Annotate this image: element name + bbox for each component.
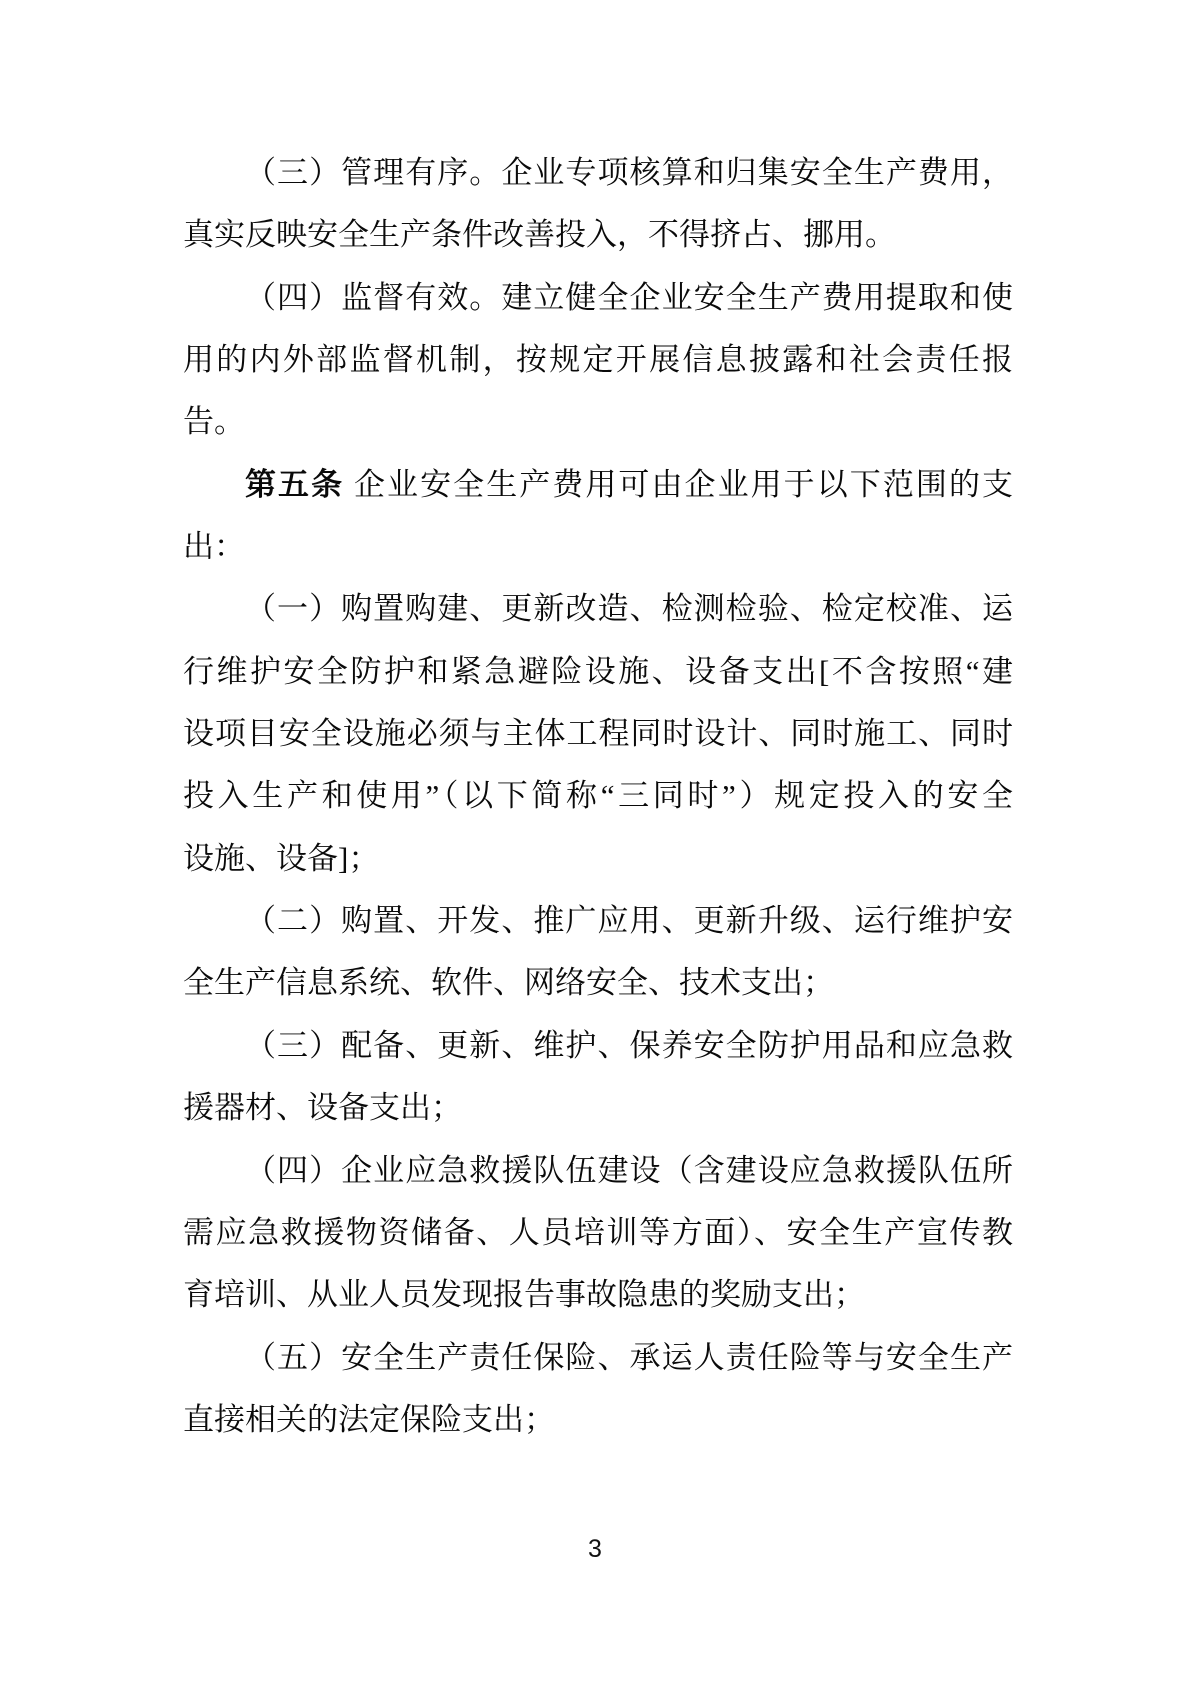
text-line: 育培训、从业人员发现报告事故隐患的奖励支出； (183, 1264, 1013, 1326)
line-text: 援器材、设备支出； (183, 1090, 462, 1125)
line-text: （一）购置购建、更新改造、检测检验、检定校准、运 (245, 591, 1013, 626)
text-line: 设施、设备]； (183, 828, 1013, 890)
line-text: 行维护安全防护和紧急避险设施、设备支出[不含按照“建 (183, 654, 1013, 689)
text-line: 真实反映安全生产条件改善投入，不得挤占、挪用。 (183, 204, 1013, 266)
document-body: （三）管理有序。企业专项核算和归集安全生产费用，真实反映安全生产条件改善投入，不… (183, 142, 1013, 1451)
text-line: 投入生产和使用”（以下简称“三同时”）规定投入的安全 (183, 765, 1013, 827)
text-line: （四）监督有效。建立健全企业安全生产费用提取和使 (183, 267, 1013, 329)
line-text: 真实反映安全生产条件改善投入，不得挤占、挪用。 (183, 217, 896, 252)
line-text: 设施、设备]； (183, 841, 379, 876)
text-line: 用的内外部监督机制，按规定开展信息披露和社会责任报 (183, 329, 1013, 391)
text-line: 直接相关的法定保险支出； (183, 1389, 1013, 1451)
text-line: （二）购置、开发、推广应用、更新升级、运行维护安 (183, 890, 1013, 952)
line-text: 投入生产和使用”（以下简称“三同时”）规定投入的安全 (183, 778, 1013, 813)
line-text: 需应急救援物资储备、人员培训等方面）、安全生产宣传教 (183, 1215, 1013, 1250)
text-line: （五）安全生产责任保险、承运人责任险等与安全生产 (183, 1327, 1013, 1389)
text-line: 设项目安全设施必须与主体工程同时设计、同时施工、同时 (183, 703, 1013, 765)
line-text: 设项目安全设施必须与主体工程同时设计、同时施工、同时 (183, 716, 1013, 751)
text-line: （一）购置购建、更新改造、检测检验、检定校准、运 (183, 578, 1013, 640)
article-number: 第五条 (245, 467, 344, 502)
line-text: 出： (183, 529, 245, 564)
line-text: （五）安全生产责任保险、承运人责任险等与安全生产 (245, 1340, 1013, 1375)
page-number: 3 (0, 1534, 1190, 1564)
line-text: 告。 (183, 404, 245, 439)
line-text: 直接相关的法定保险支出； (183, 1402, 555, 1437)
line-text: （四）监督有效。建立健全企业安全生产费用提取和使 (245, 280, 1013, 315)
line-text: （四）企业应急救援队伍建设（含建设应急救援队伍所 (245, 1153, 1013, 1188)
line-text: 用的内外部监督机制，按规定开展信息披露和社会责任报 (183, 342, 1013, 377)
line-text: 企业安全生产费用可由企业用于以下范围的支 (344, 467, 1013, 502)
text-line: 告。 (183, 391, 1013, 453)
text-line: 第五条 企业安全生产费用可由企业用于以下范围的支 (183, 454, 1013, 516)
line-text: 全生产信息系统、软件、网络安全、技术支出； (183, 965, 834, 1000)
text-line: （三）配备、更新、维护、保养安全防护用品和应急救 (183, 1015, 1013, 1077)
text-line: 出： (183, 516, 1013, 578)
line-text: （三）配备、更新、维护、保养安全防护用品和应急救 (245, 1028, 1013, 1063)
text-line: 需应急救援物资储备、人员培训等方面）、安全生产宣传教 (183, 1202, 1013, 1264)
text-line: （四）企业应急救援队伍建设（含建设应急救援队伍所 (183, 1140, 1013, 1202)
line-text: 育培训、从业人员发现报告事故隐患的奖励支出； (183, 1277, 865, 1312)
line-text: （三）管理有序。企业专项核算和归集安全生产费用， (245, 155, 1013, 190)
text-line: 援器材、设备支出； (183, 1077, 1013, 1139)
text-line: 全生产信息系统、软件、网络安全、技术支出； (183, 952, 1013, 1014)
line-text: （二）购置、开发、推广应用、更新升级、运行维护安 (245, 903, 1013, 938)
text-line: （三）管理有序。企业专项核算和归集安全生产费用， (183, 142, 1013, 204)
page: （三）管理有序。企业专项核算和归集安全生产费用，真实反映安全生产条件改善投入，不… (0, 0, 1190, 1683)
text-line: 行维护安全防护和紧急避险设施、设备支出[不含按照“建 (183, 641, 1013, 703)
